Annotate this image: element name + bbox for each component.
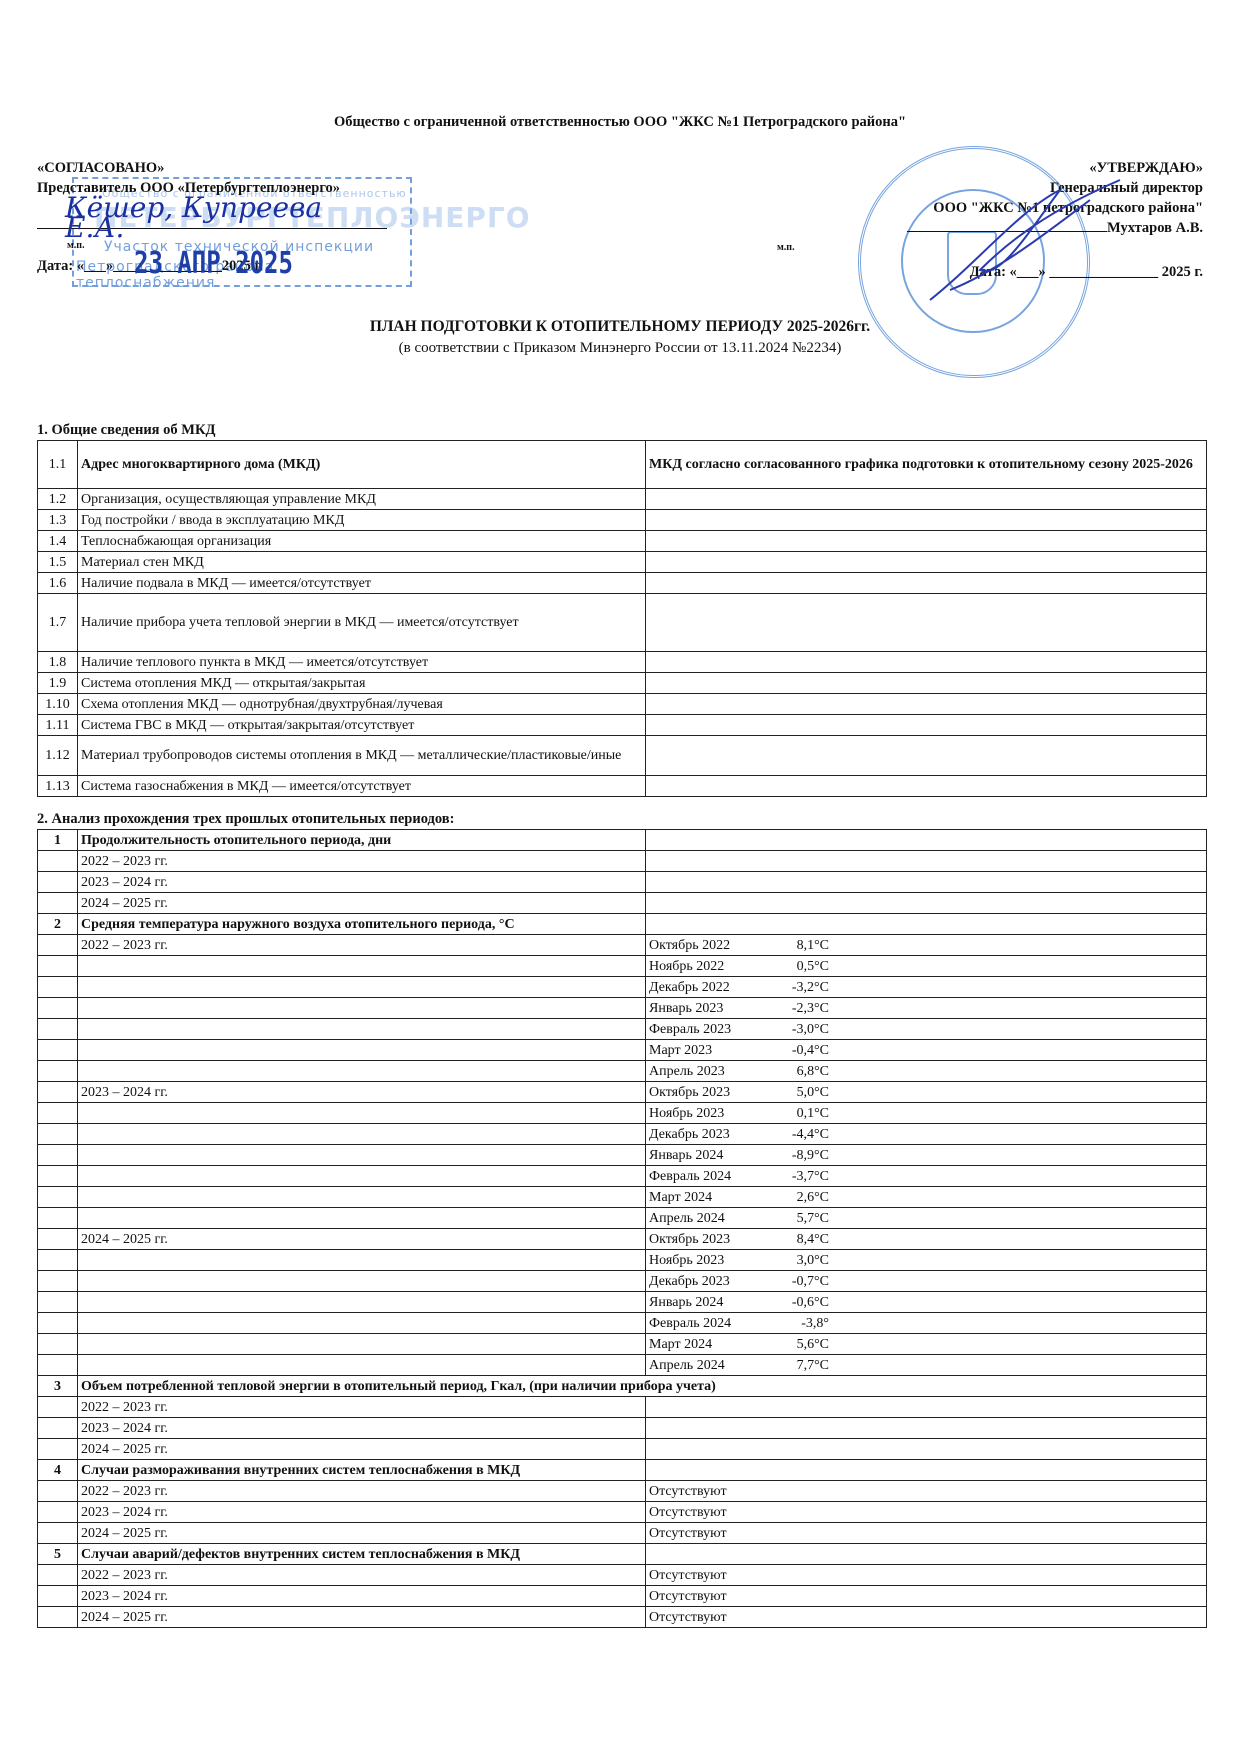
temperature-value: 8,4°С [769, 1231, 829, 1248]
row-value [646, 1460, 1207, 1481]
row-value: МКД согласно согласованного графика подг… [646, 441, 1207, 489]
row-label: Система отопления МКД — открытая/закрыта… [78, 673, 646, 694]
row-number [38, 893, 78, 914]
temperature-cell: Декабрь 2022-3,2°С [646, 977, 1207, 998]
month-label: Февраль 2024 [649, 1168, 769, 1185]
table-row: 1.5Материал стен МКД [38, 552, 1207, 573]
row-label [78, 977, 646, 998]
row-value [646, 531, 1207, 552]
table-row: 1.9Система отопления МКД — открытая/закр… [38, 673, 1207, 694]
row-label: 2024 – 2025 гг. [78, 1439, 646, 1460]
row-number [38, 1313, 78, 1334]
row-number [38, 1565, 78, 1586]
row-value [646, 510, 1207, 531]
table-row: Декабрь 2022-3,2°С [38, 977, 1207, 998]
temperature-value: -0,7°С [769, 1273, 829, 1290]
table-row: 2023 – 2024 гг.Отсутствуют [38, 1502, 1207, 1523]
temperature-value: 7,7°С [769, 1357, 829, 1374]
row-label [78, 1040, 646, 1061]
row-value [646, 1439, 1207, 1460]
table-row: Ноябрь 20220,5°С [38, 956, 1207, 977]
month-label: Апрель 2023 [649, 1063, 769, 1080]
row-label: 2022 – 2023 гг. [78, 935, 646, 956]
row-value: Отсутствуют [646, 1586, 1207, 1607]
row-label [78, 1187, 646, 1208]
row-value: Отсутствуют [646, 1607, 1207, 1628]
row-label: 2024 – 2025 гг. [78, 1523, 646, 1544]
row-label: 2022 – 2023 гг. [78, 1397, 646, 1418]
table-row: 2024 – 2025 гг. [38, 893, 1207, 914]
month-label: Октябрь 2022 [649, 937, 769, 954]
row-label: Теплоснабжающая организация [78, 531, 646, 552]
temperature-value: 0,1°С [769, 1105, 829, 1122]
temperature-cell: Октябрь 20235,0°С [646, 1082, 1207, 1103]
row-label: Случаи аварий/дефектов внутренних систем… [78, 1544, 646, 1565]
approval-left-heading: «СОГЛАСОВАНО» [37, 158, 340, 178]
temperature-cell: Апрель 20247,7°С [646, 1355, 1207, 1376]
temperature-cell: Декабрь 2023-4,4°С [646, 1124, 1207, 1145]
row-number [38, 956, 78, 977]
month-label: Декабрь 2023 [649, 1273, 769, 1290]
row-label [78, 1208, 646, 1229]
row-label: Адрес многоквартирного дома (МКД) [78, 441, 646, 489]
row-number [38, 1166, 78, 1187]
row-value [646, 1418, 1207, 1439]
temperature-value: 5,7°С [769, 1210, 829, 1227]
row-label [78, 1166, 646, 1187]
row-label [78, 1313, 646, 1334]
row-label: Материал трубопроводов системы отопления… [78, 736, 646, 776]
row-label: Система газоснабжения в МКД — имеется/от… [78, 776, 646, 797]
row-label: 2023 – 2024 гг. [78, 1082, 646, 1103]
row-number: 1.2 [38, 489, 78, 510]
row-number [38, 1250, 78, 1271]
month-label: Январь 2024 [649, 1147, 769, 1164]
row-value [646, 489, 1207, 510]
temperature-cell: Январь 2024-8,9°С [646, 1145, 1207, 1166]
table-row: 2023 – 2024 гг.Отсутствуют [38, 1586, 1207, 1607]
row-number [38, 1082, 78, 1103]
row-value: Отсутствуют [646, 1502, 1207, 1523]
row-number [38, 1229, 78, 1250]
table-row: 2023 – 2024 гг. [38, 1418, 1207, 1439]
row-label: Наличие теплового пункта в МКД — имеется… [78, 652, 646, 673]
table-row: 1.1Адрес многоквартирного дома (МКД)МКД … [38, 441, 1207, 489]
row-label: 2024 – 2025 гг. [78, 893, 646, 914]
row-value [646, 673, 1207, 694]
row-number: 1 [38, 830, 78, 851]
row-number [38, 1439, 78, 1460]
organization-title: Общество с ограниченной ответственностью… [0, 114, 1240, 131]
row-number [38, 1019, 78, 1040]
row-number [38, 1061, 78, 1082]
table-row: 1.6Наличие подвала в МКД — имеется/отсут… [38, 573, 1207, 594]
row-number: 4 [38, 1460, 78, 1481]
row-label: Объем потребленной тепловой энергии в от… [78, 1376, 1207, 1397]
row-label [78, 1271, 646, 1292]
table-row: Декабрь 2023-0,7°С [38, 1271, 1207, 1292]
month-label: Октябрь 2023 [649, 1231, 769, 1248]
table-row: Январь 2023-2,3°С [38, 998, 1207, 1019]
row-number: 1.12 [38, 736, 78, 776]
temperature-cell: Октябрь 20238,4°С [646, 1229, 1207, 1250]
row-number: 1.5 [38, 552, 78, 573]
row-number [38, 1208, 78, 1229]
temperature-value: -0,6°С [769, 1294, 829, 1311]
temperature-cell: Март 2023-0,4°С [646, 1040, 1207, 1061]
row-value: Отсутствуют [646, 1565, 1207, 1586]
temperature-cell: Декабрь 2023-0,7°С [646, 1271, 1207, 1292]
table-row: 1Продолжительность отопительного периода… [38, 830, 1207, 851]
table-row: 2023 – 2024 гг. [38, 872, 1207, 893]
temperature-value: 5,0°С [769, 1084, 829, 1101]
row-number: 1.11 [38, 715, 78, 736]
row-label [78, 956, 646, 977]
temperature-cell: Март 20245,6°С [646, 1334, 1207, 1355]
row-label: Схема отопления МКД — однотрубная/двухтр… [78, 694, 646, 715]
table-row: Февраль 2023-3,0°С [38, 1019, 1207, 1040]
row-label: Материал стен МКД [78, 552, 646, 573]
row-value [646, 1544, 1207, 1565]
temperature-value: -4,4°С [769, 1126, 829, 1143]
temperature-cell: Февраль 2023-3,0°С [646, 1019, 1207, 1040]
row-number [38, 1607, 78, 1628]
table-row: 2022 – 2023 гг.Отсутствуют [38, 1481, 1207, 1502]
row-number [38, 1271, 78, 1292]
row-label: 2023 – 2024 гг. [78, 1586, 646, 1607]
table-row: Апрель 20245,7°С [38, 1208, 1207, 1229]
month-label: Октябрь 2023 [649, 1084, 769, 1101]
stamp-date: 23 АПР 2025 [134, 246, 293, 281]
temperature-value: -8,9°С [769, 1147, 829, 1164]
month-label: Ноябрь 2023 [649, 1252, 769, 1269]
row-label: Наличие подвала в МКД — имеется/отсутств… [78, 573, 646, 594]
temperature-cell: Февраль 2024-3,8° [646, 1313, 1207, 1334]
row-label [78, 1145, 646, 1166]
month-label: Апрель 2024 [649, 1210, 769, 1227]
temperature-cell: Апрель 20245,7°С [646, 1208, 1207, 1229]
row-label: Год постройки / ввода в эксплуатацию МКД [78, 510, 646, 531]
row-label: 2022 – 2023 гг. [78, 1481, 646, 1502]
row-value [646, 736, 1207, 776]
table-row: 2022 – 2023 гг. [38, 1397, 1207, 1418]
row-number [38, 1124, 78, 1145]
month-label: Январь 2024 [649, 1294, 769, 1311]
table-row: 5Случаи аварий/дефектов внутренних систе… [38, 1544, 1207, 1565]
row-value [646, 694, 1207, 715]
table-row: 2022 – 2023 гг. [38, 851, 1207, 872]
row-label [78, 1019, 646, 1040]
temperature-value: 8,1°С [769, 937, 829, 954]
month-label: Март 2024 [649, 1336, 769, 1353]
row-number [38, 872, 78, 893]
row-number: 1.6 [38, 573, 78, 594]
row-label [78, 998, 646, 1019]
month-label: Февраль 2024 [649, 1315, 769, 1332]
temperature-cell: Март 20242,6°С [646, 1187, 1207, 1208]
row-number: 1.9 [38, 673, 78, 694]
row-value [646, 893, 1207, 914]
table-row: 3Объем потребленной тепловой энергии в о… [38, 1376, 1207, 1397]
table-row: Март 20242,6°С [38, 1187, 1207, 1208]
row-number [38, 1586, 78, 1607]
row-number [38, 1418, 78, 1439]
row-number [38, 1355, 78, 1376]
table-row: 4Случаи размораживания внутренних систем… [38, 1460, 1207, 1481]
row-value [646, 851, 1207, 872]
row-number: 1.3 [38, 510, 78, 531]
row-label: Случаи размораживания внутренних систем … [78, 1460, 646, 1481]
temperature-value: -3,7°С [769, 1168, 829, 1185]
temperature-value: -3,2°С [769, 979, 829, 996]
table-row: 2024 – 2025 гг.Отсутствуют [38, 1607, 1207, 1628]
month-label: Декабрь 2022 [649, 979, 769, 996]
month-label: Декабрь 2023 [649, 1126, 769, 1143]
row-number: 5 [38, 1544, 78, 1565]
temperature-value: 6,8°С [769, 1063, 829, 1080]
table-row: Март 2023-0,4°С [38, 1040, 1207, 1061]
temperature-value: 3,0°С [769, 1252, 829, 1269]
row-label: Продолжительность отопительного периода,… [78, 830, 646, 851]
row-label: 2022 – 2023 гг. [78, 1565, 646, 1586]
row-label [78, 1334, 646, 1355]
table-row: 1.8Наличие теплового пункта в МКД — имее… [38, 652, 1207, 673]
row-number: 1.8 [38, 652, 78, 673]
row-number [38, 851, 78, 872]
table-row: Ноябрь 20233,0°С [38, 1250, 1207, 1271]
row-label: 2022 – 2023 гг. [78, 851, 646, 872]
month-label: Апрель 2024 [649, 1357, 769, 1374]
row-value [646, 914, 1207, 935]
temperature-cell: Ноябрь 20220,5°С [646, 956, 1207, 977]
table-row: Февраль 2024-3,7°С [38, 1166, 1207, 1187]
row-label: Организация, осуществляющая управление М… [78, 489, 646, 510]
month-label: Март 2023 [649, 1042, 769, 1059]
row-label: 2023 – 2024 гг. [78, 1502, 646, 1523]
row-number [38, 998, 78, 1019]
row-number [38, 1334, 78, 1355]
row-value: Отсутствуют [646, 1481, 1207, 1502]
row-number [38, 1502, 78, 1523]
table-row: 2024 – 2025 гг.Октябрь 20238,4°С [38, 1229, 1207, 1250]
row-number [38, 1481, 78, 1502]
table-row: 2024 – 2025 гг.Отсутствуют [38, 1523, 1207, 1544]
row-number [38, 1397, 78, 1418]
row-value [646, 652, 1207, 673]
table-row: 1.4Теплоснабжающая организация [38, 531, 1207, 552]
row-number: 1.4 [38, 531, 78, 552]
row-number: 1.10 [38, 694, 78, 715]
row-number: 1.1 [38, 441, 78, 489]
month-label: Февраль 2023 [649, 1021, 769, 1038]
row-label [78, 1355, 646, 1376]
table-row: 1.13Система газоснабжения в МКД — имеетс… [38, 776, 1207, 797]
table-row: Ноябрь 20230,1°С [38, 1103, 1207, 1124]
row-value [646, 552, 1207, 573]
plan-title: ПЛАН ПОДГОТОВКИ К ОТОПИТЕЛЬНОМУ ПЕРИОДУ … [0, 318, 1240, 336]
month-label: Январь 2023 [649, 1000, 769, 1017]
row-label: 2023 – 2024 гг. [78, 872, 646, 893]
row-label: Средняя температура наружного воздуха от… [78, 914, 646, 935]
table-row: 2022 – 2023 гг.Октябрь 20228,1°С [38, 935, 1207, 956]
row-number: 2 [38, 914, 78, 935]
row-label [78, 1250, 646, 1271]
table-row: Декабрь 2023-4,4°С [38, 1124, 1207, 1145]
month-label: Ноябрь 2023 [649, 1105, 769, 1122]
temperature-cell: Ноябрь 20233,0°С [646, 1250, 1207, 1271]
row-value [646, 776, 1207, 797]
month-label: Март 2024 [649, 1189, 769, 1206]
plan-subtitle: (в соответствии с Приказом Минэнерго Рос… [0, 340, 1240, 357]
row-value [646, 1397, 1207, 1418]
row-value [646, 594, 1207, 652]
heating-periods-table: 1Продолжительность отопительного периода… [37, 829, 1207, 1628]
temperature-value: -3,0°С [769, 1021, 829, 1038]
row-label: Наличие прибора учета тепловой энергии в… [78, 594, 646, 652]
table-row: 1.12Материал трубопроводов системы отопл… [38, 736, 1207, 776]
row-number: 1.7 [38, 594, 78, 652]
row-label: 2024 – 2025 гг. [78, 1229, 646, 1250]
table-row: 2023 – 2024 гг.Октябрь 20235,0°С [38, 1082, 1207, 1103]
row-number [38, 1187, 78, 1208]
temperature-value: 5,6°С [769, 1336, 829, 1353]
row-value [646, 872, 1207, 893]
section1-heading: 1. Общие сведения об МКД [37, 422, 215, 439]
temperature-cell: Апрель 20236,8°С [646, 1061, 1207, 1082]
row-value: Отсутствуют [646, 1523, 1207, 1544]
table-row: 1.3Год постройки / ввода в эксплуатацию … [38, 510, 1207, 531]
row-label: Система ГВС в МКД — открытая/закрытая/от… [78, 715, 646, 736]
table-row: 1.7Наличие прибора учета тепловой энерги… [38, 594, 1207, 652]
row-number [38, 935, 78, 956]
table-row: 2Средняя температура наружного воздуха о… [38, 914, 1207, 935]
table-row: Апрель 20247,7°С [38, 1355, 1207, 1376]
row-number [38, 1292, 78, 1313]
row-number [38, 977, 78, 998]
row-number: 3 [38, 1376, 78, 1397]
table-row: Март 20245,6°С [38, 1334, 1207, 1355]
row-number: 1.13 [38, 776, 78, 797]
temperature-cell: Январь 2024-0,6°С [646, 1292, 1207, 1313]
table-row: 1.11Система ГВС в МКД — открытая/закрыта… [38, 715, 1207, 736]
general-info-table: 1.1Адрес многоквартирного дома (МКД)МКД … [37, 440, 1207, 797]
month-label: Ноябрь 2022 [649, 958, 769, 975]
table-row: 1.2Организация, осуществляющая управлени… [38, 489, 1207, 510]
signature-left: Кёшер, Купреева Е.А. [65, 198, 340, 238]
table-row: Январь 2024-8,9°С [38, 1145, 1207, 1166]
table-row: Апрель 20236,8°С [38, 1061, 1207, 1082]
table-row: Январь 2024-0,6°С [38, 1292, 1207, 1313]
row-label [78, 1061, 646, 1082]
temperature-value: -2,3°С [769, 1000, 829, 1017]
section2-heading: 2. Анализ прохождения трех прошлых отопи… [37, 811, 454, 828]
signature-right [920, 170, 1140, 320]
row-value [646, 715, 1207, 736]
temperature-value: -0,4°С [769, 1042, 829, 1059]
row-label [78, 1103, 646, 1124]
table-row: 2024 – 2025 гг. [38, 1439, 1207, 1460]
temperature-cell: Ноябрь 20230,1°С [646, 1103, 1207, 1124]
temperature-value: 2,6°С [769, 1189, 829, 1206]
row-label: 2023 – 2024 гг. [78, 1418, 646, 1439]
temperature-cell: Октябрь 20228,1°С [646, 935, 1207, 956]
row-number [38, 1040, 78, 1061]
row-number [38, 1145, 78, 1166]
row-number [38, 1523, 78, 1544]
temperature-cell: Январь 2023-2,3°С [646, 998, 1207, 1019]
table-row: 1.10Схема отопления МКД — однотрубная/дв… [38, 694, 1207, 715]
row-number [38, 1103, 78, 1124]
row-value [646, 830, 1207, 851]
temperature-cell: Февраль 2024-3,7°С [646, 1166, 1207, 1187]
row-label [78, 1292, 646, 1313]
temperature-value: 0,5°С [769, 958, 829, 975]
row-value [646, 573, 1207, 594]
table-row: 2022 – 2023 гг.Отсутствуют [38, 1565, 1207, 1586]
row-label [78, 1124, 646, 1145]
row-label: 2024 – 2025 гг. [78, 1607, 646, 1628]
temperature-value: -3,8° [769, 1315, 829, 1332]
table-row: Февраль 2024-3,8° [38, 1313, 1207, 1334]
